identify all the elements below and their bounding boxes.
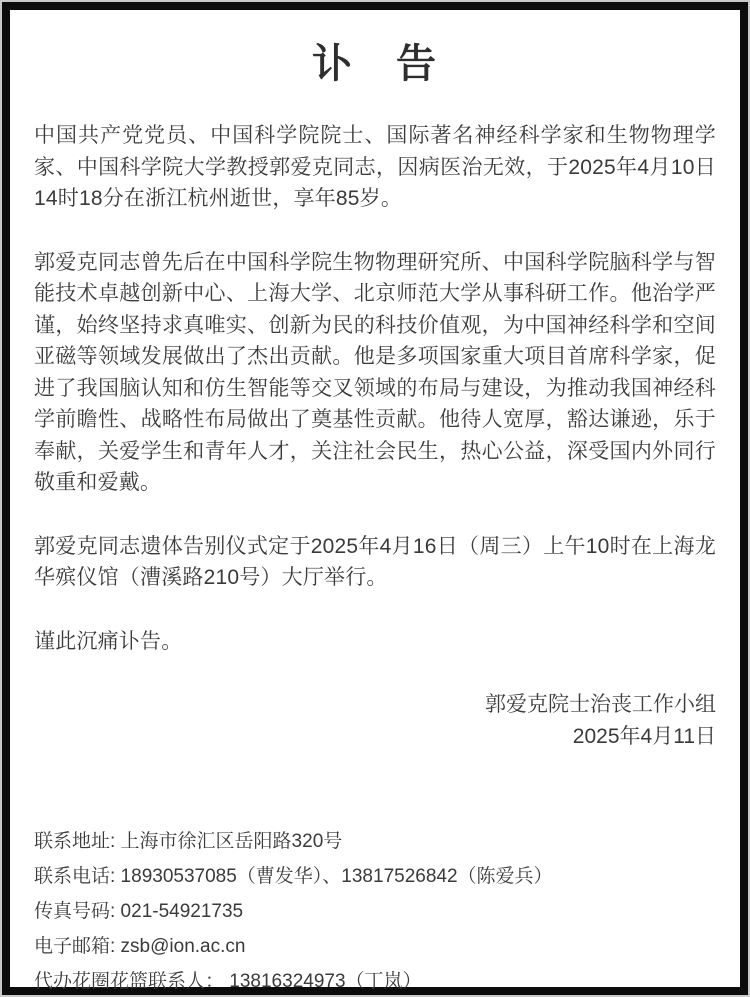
paragraph-biography: 郭爱克同志曾先后在中国科学院生物物理研究所、中国科学院脑科学与智能技术卓越创新中… — [34, 247, 716, 499]
contact-address: 联系地址: 上海市徐汇区岳阳路320号 — [34, 824, 716, 859]
signature-group: 郭爱克院士治丧工作小组 — [34, 689, 716, 721]
paragraph-memorial-service: 郭爱克同志遗体告别仪式定于2025年4月16日（周三）上午10时在上海龙华殡仪馆… — [34, 531, 716, 594]
contact-phone-label: 联系电话: — [34, 866, 115, 887]
closing-statement: 谨此沉痛讣告。 — [34, 626, 716, 658]
contact-section: 联系地址: 上海市徐汇区岳阳路320号 联系电话: 18930537085（曹发… — [34, 824, 716, 997]
contact-address-value: 上海市徐汇区岳阳路320号 — [115, 831, 342, 852]
obituary-page: 讣 告 中国共产党党员、中国科学院院士、国际著名神经科学家和生物物理学家、中国科… — [2, 2, 748, 995]
contact-fax-value: 021-54921735 — [115, 901, 243, 922]
obituary-content: 讣 告 中国共产党党员、中国科学院院士、国际著名神经科学家和生物物理学家、中国科… — [10, 40, 740, 997]
contact-fax: 传真号码: 021-54921735 — [34, 894, 716, 929]
contact-email-label: 电子邮箱: — [34, 936, 115, 957]
contact-email-value: zsb@ion.ac.cn — [115, 936, 245, 957]
signature-date: 2025年4月11日 — [34, 721, 716, 753]
contact-address-label: 联系地址: — [34, 831, 115, 852]
contact-wreath-agent: 代办花圈花篮联系人： 13816324973（丁岚） — [34, 964, 716, 997]
contact-fax-label: 传真号码: — [34, 901, 115, 922]
contact-phone-value: 18930537085（曹发华）、13817526842（陈爱兵） — [115, 866, 552, 887]
contact-wreath-agent-value: 13816324973（丁岚） — [224, 971, 422, 992]
contact-phone: 联系电话: 18930537085（曹发华）、13817526842（陈爱兵） — [34, 859, 716, 894]
signature-block: 郭爱克院士治丧工作小组 2025年4月11日 — [34, 689, 716, 752]
page-title: 讣 告 — [34, 40, 716, 88]
contact-wreath-agent-label: 代办花圈花篮联系人： — [34, 971, 224, 992]
paragraph-death-announcement: 中国共产党党员、中国科学院院士、国际著名神经科学家和生物物理学家、中国科学院大学… — [34, 120, 716, 215]
contact-email: 电子邮箱: zsb@ion.ac.cn — [34, 929, 716, 964]
